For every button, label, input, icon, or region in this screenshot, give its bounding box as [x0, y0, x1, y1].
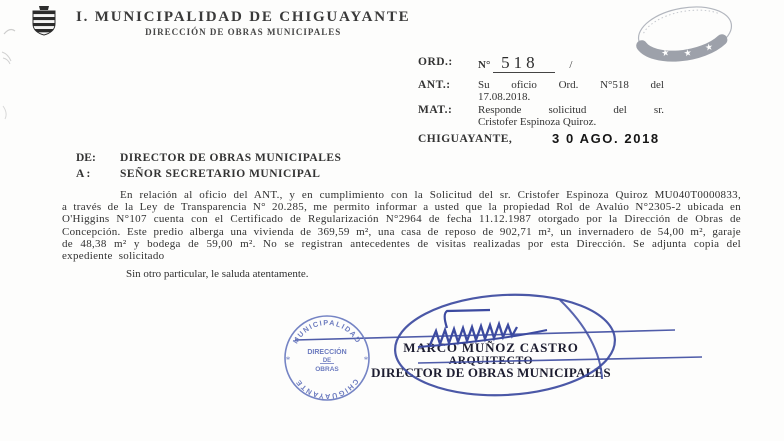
embossed-seal-icon: ★ ★ ★	[626, 4, 744, 62]
mat-label: MAT.:	[418, 104, 452, 116]
svg-text:★: ★	[660, 47, 670, 58]
ord-slash: /	[569, 59, 572, 71]
mat-text-line1: Responde solicitud del sr.	[478, 104, 664, 116]
stamp-arc-bottom-text: CHIGUAYANTE	[293, 377, 360, 401]
pencil-marks	[0, 22, 22, 142]
ord-number-prefix: N°	[478, 59, 490, 71]
closing-line: Sin otro particular, le saluda atentamen…	[126, 268, 309, 280]
mat-text-line2: Cristofer Espinoza Quiroz.	[478, 116, 596, 128]
svg-text:★: ★	[683, 47, 693, 58]
ant-label: ANT.:	[418, 79, 451, 91]
municipal-crest-icon	[30, 4, 58, 36]
ord-value: N° 518 /	[478, 53, 572, 73]
signer-position: DIRECTOR DE OBRAS MUNICIPALES	[330, 367, 652, 380]
letterhead: I. MUNICIPALIDAD DE CHIGUAYANTE DIRECCIÓ…	[76, 9, 410, 37]
svg-text:CHIGUAYANTE: CHIGUAYANTE	[293, 377, 360, 401]
to-value: SEÑOR SECRETARIO MUNICIPAL	[120, 168, 320, 180]
ant-text-line2: 17.08.2018.	[478, 91, 530, 103]
scanned-letter-page: I. MUNICIPALIDAD DE CHIGUAYANTE DIRECCIÓ…	[0, 0, 784, 441]
place-name: CHIGUAYANTE,	[418, 133, 512, 145]
date-stamp: 3 0 AGO. 2018	[552, 131, 660, 146]
ant-text-line1: Su oficio Ord. N°518 del	[478, 79, 664, 91]
from-label: DE:	[76, 152, 96, 164]
signature-block: MARCO MUÑOZ CASTRO ARQUITECTO DIRECTOR D…	[330, 342, 652, 379]
stamp-star-left: *	[286, 355, 291, 365]
signature-inner-mark	[445, 310, 490, 328]
ord-label: ORD.:	[418, 56, 453, 68]
svg-text:★: ★	[704, 41, 714, 52]
body-paragraph: En relación al oficio del ANT., y en cum…	[62, 189, 741, 262]
from-value: DIRECTOR DE OBRAS MUNICIPALES	[120, 152, 341, 164]
signer-name: MARCO MUÑOZ CASTRO	[330, 342, 652, 355]
to-label: A :	[76, 168, 90, 180]
dept-name: DIRECCIÓN DE OBRAS MUNICIPALES	[76, 27, 410, 37]
org-name: I. MUNICIPALIDAD DE CHIGUAYANTE	[76, 9, 410, 26]
pen-line-upper	[295, 330, 675, 340]
ord-number: 518	[493, 53, 555, 73]
